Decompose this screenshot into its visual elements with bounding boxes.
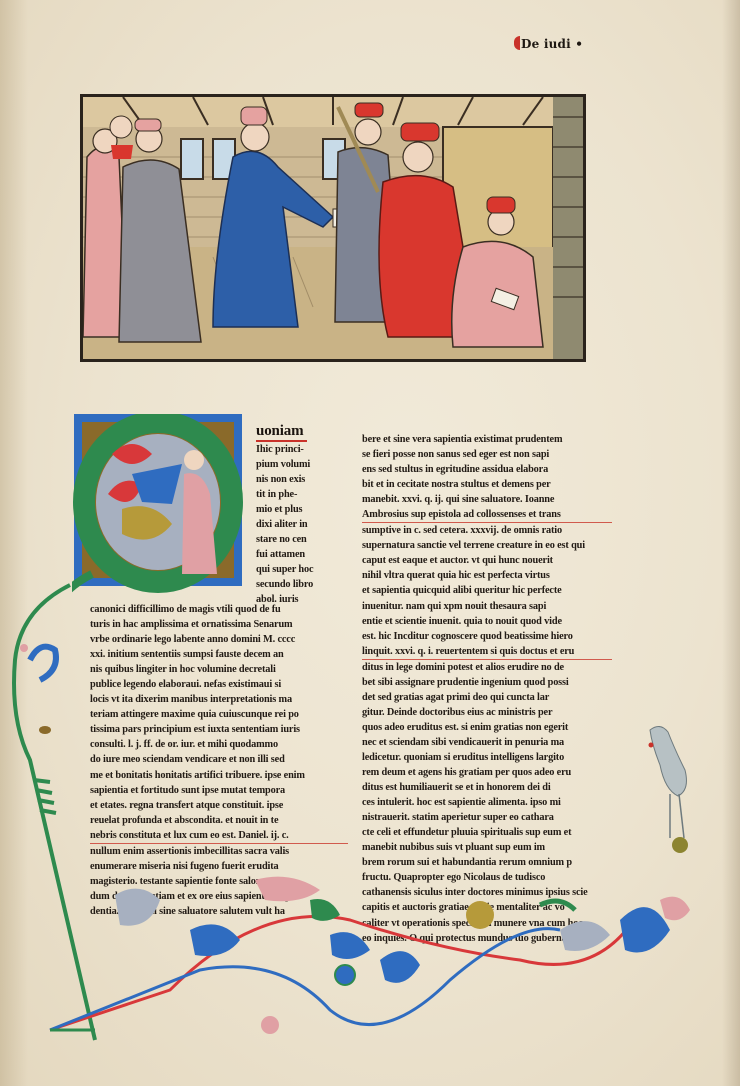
heron-icon	[649, 726, 689, 853]
decorative-border	[0, 0, 740, 1086]
acanthus-leaf-icon	[115, 877, 690, 1034]
manuscript-leaf: De iudi •	[0, 0, 740, 1086]
